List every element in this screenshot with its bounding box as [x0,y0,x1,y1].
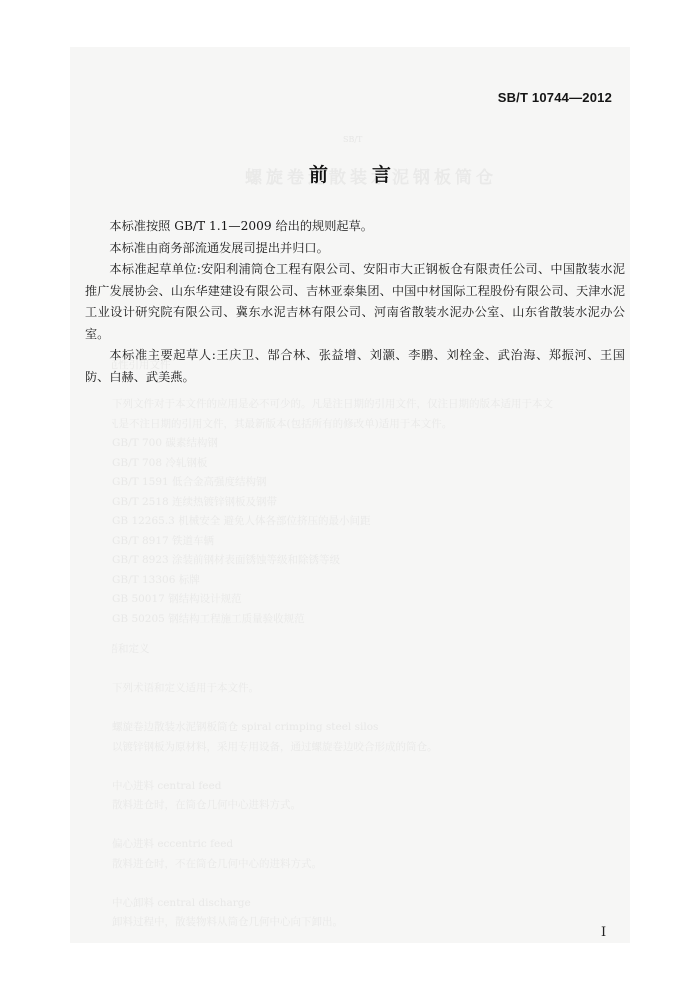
ghost-line: 以镀锌钢板为原材料，采用专用设备，通过螺旋卷边咬合形成的筒仓。 [112,738,632,758]
ghost-line: 中心卸料 central discharge [112,894,632,914]
ghost-line: GB/T 13306 标牌 [112,571,632,591]
ghost-line: 3 术语和定义 [112,640,632,660]
ghost-line: 3.4 [112,874,632,894]
ghost-line: GB/T 8917 铁道车辆 [112,532,632,552]
ghost-line: GB/T 1591 低合金高强度结构钢 [112,473,632,493]
ghost-line [112,376,632,396]
ghost-line: 件。凡是不注日期的引用文件，其最新版本(包括所有的修改单)适用于本文件。 [112,415,632,435]
ghost-line: 散料进仓时，在筒仓几何中心进料方式。 [112,796,632,816]
bleed-through-small-text: SB/T [343,135,362,144]
ghost-line: GB/T 708 冷轧钢板 [112,454,632,474]
standard-code: SB/T 10744—2012 [498,90,612,105]
ghost-line: 下列文件对于本文件的应用是必不可少的。凡是注日期的引用文件，仅注日期的版本适用于… [112,395,632,415]
title-char-1: 前 [309,164,328,186]
ghost-line: GB/T 2518 连续热镀锌钢板及钢带 [112,493,632,513]
ghost-line: 3.3 [112,816,632,836]
ghost-line: 3.1 [112,699,632,719]
ghost-line: GB 50017 钢结构设计规范 [112,590,632,610]
ghost-line: 螺旋卷边散装水泥钢板筒仓 spiral crimping steel silos [112,718,632,738]
ghost-line: 偏心进料 eccentric feed [112,835,632,855]
ghost-line: GB/T 700 碳素结构钢 [112,434,632,454]
page-title: 前言 [0,160,700,187]
ghost-line: GB/T 8923 涂装前钢材表面锈蚀等级和除锈等级 [112,551,632,571]
ghost-line: 下列术语和定义适用于本文件。 [112,679,632,699]
paragraph-proposer: 本标准由商务部流通发展司提出并归口。 [85,238,625,260]
ghost-line: GB 12265.3 机械安全 避免人体各部位挤压的最小间距 [112,512,632,532]
ghost-line: 散料进仓时，不在筒仓几何中心的进料方式。 [112,855,632,875]
ghost-line: 2 规范性引用文件 [112,356,632,376]
ghost-line: 中心进料 central feed [112,777,632,797]
page-number: I [601,925,606,940]
title-char-2: 言 [372,164,391,186]
ghost-line: 卸料过程中，散装物料从筒仓几何中心向下卸出。 [112,913,632,933]
ghost-line [112,660,632,680]
ghost-line: GB 50205 钢结构工程施工质量验收规范 [112,610,632,630]
paragraph-drafting-units: 本标准起草单位:安阳利浦筒仓工程有限公司、安阳市大正钢板仓有限责任公司、中国散装… [85,259,625,345]
paragraph-drafting-rules: 本标准按照 GB/T 1.1—2009 给出的规则起草。 [85,216,625,238]
bleed-through-upper: 2 规范性引用文件 下列文件对于本文件的应用是必不可少的。凡是注日期的引用文件，… [112,356,632,629]
bleed-through-lower: 3 术语和定义 下列术语和定义适用于本文件。 3.1 螺旋卷边散装水泥钢板筒仓 … [112,640,632,933]
ghost-line: 3.2 [112,757,632,777]
